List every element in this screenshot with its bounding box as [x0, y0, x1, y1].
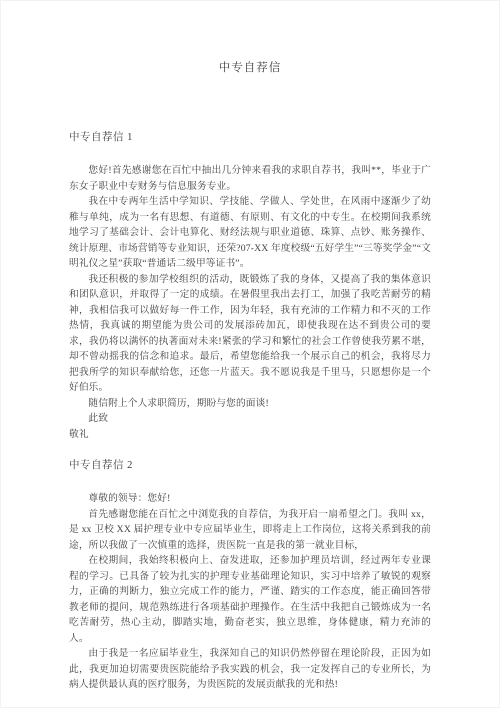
paragraph: 尊敬的领导：您好!: [69, 491, 431, 507]
paragraph: 敬礼: [69, 427, 431, 443]
paragraph: 此致: [69, 411, 431, 427]
letter-section: 中专自荐信 2尊敬的领导：您好!首先感谢您能在百忙之中浏览我的自荐信，为我开启一…: [69, 457, 431, 693]
document-page: 中专自荐信 中专自荐信 1您好!首先感谢您在百忙中抽出几分钟来看我的求职自荐书，…: [0, 0, 500, 708]
letter-section: 中专自荐信 1您好!首先感谢您在百忙中抽出几分钟来看我的求职自荐书，我叫**，毕…: [69, 129, 431, 442]
paragraph: 随信附上个人求职简历，期盼与您的面谈!: [69, 396, 431, 412]
section-heading: 中专自荐信 1: [69, 129, 431, 144]
paragraph: 我还积极的参加学校组织的活动，既锻炼了我的身体，又提高了我的集体意识和团队意识，…: [69, 272, 431, 396]
section-heading: 中专自荐信 2: [69, 457, 431, 472]
document-title: 中专自荐信: [69, 59, 431, 75]
paragraph: 首先感谢您能在百忙之中浏览我的自荐信，为我开启一扇希望之门。我叫 xx，是 xx…: [69, 507, 431, 554]
paragraph: 由于我是一名应届毕业生，我深知自己的知识仍然停留在理论阶段，正因为如此，我更加迫…: [69, 646, 431, 693]
paragraph: 您好!首先感谢您在百忙中抽出几分钟来看我的求职自荐书，我叫**，毕业于广东女子职…: [69, 163, 431, 194]
document-body: 中专自荐信 1您好!首先感谢您在百忙中抽出几分钟来看我的求职自荐书，我叫**，毕…: [69, 129, 431, 693]
paragraph: 在校期间，我始终积极向上、奋发进取，还参加护理员培训，经过两年专业课程的学习。已…: [69, 553, 431, 646]
paragraph: 我在中专两年生活中学知识、学技能、学做人、学处世，在风雨中逐渐少了幼稚与单纯，成…: [69, 194, 431, 272]
